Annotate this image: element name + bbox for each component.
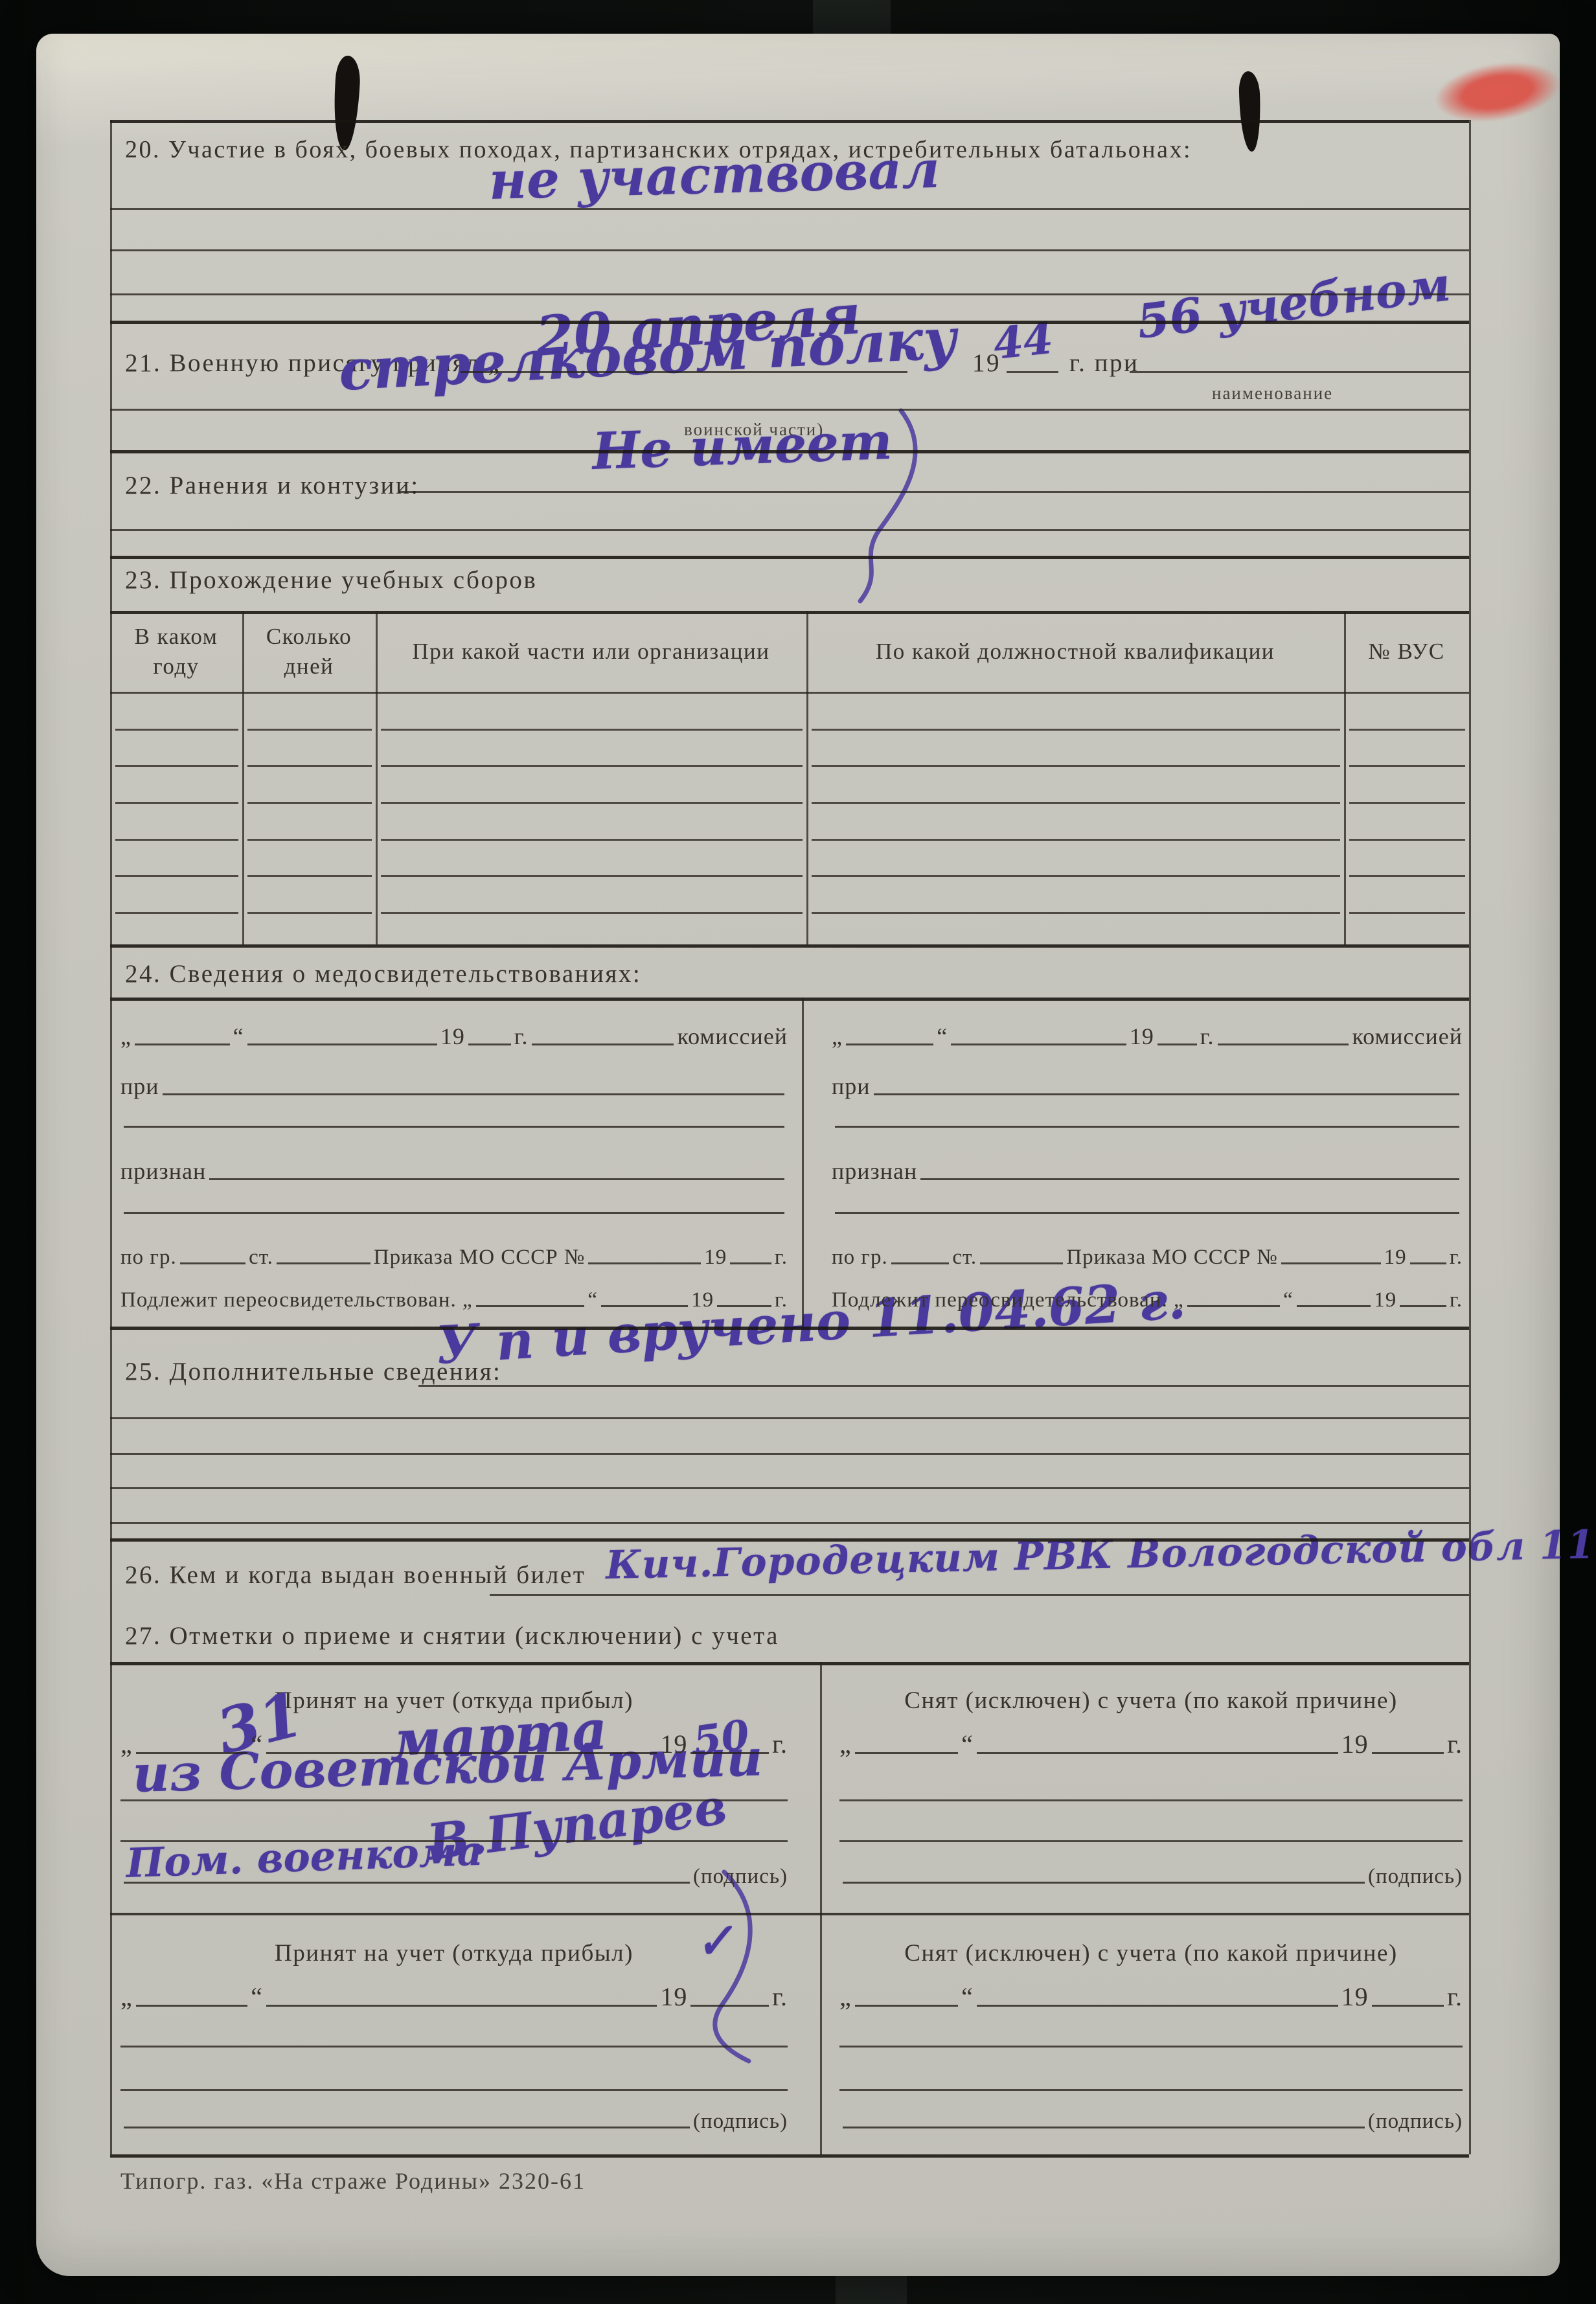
fill-in-blank-line [468, 1044, 511, 1045]
form-fill-row: (подпись) [120, 2101, 788, 2133]
fill-in-blank-line [209, 1178, 784, 1180]
form-printed-text: 19 [440, 1024, 465, 1050]
form-printed-text: Приказа МО СССР № [374, 1246, 586, 1269]
table23-header-qualification: По какой должностной квалификации [806, 611, 1344, 692]
ruled-line [110, 1487, 1469, 1489]
field-21-year-suffix: г. при [1069, 349, 1139, 378]
fill-in-blank-line [1297, 1305, 1371, 1307]
print-shop-imprint: Типогр. газ. «На страже Родины» 2320-61 [120, 2167, 586, 2195]
ruled-line [110, 556, 1469, 559]
ruled-line [110, 529, 1469, 531]
table-cell-line [115, 729, 238, 731]
table-cell-line [115, 912, 238, 914]
table-cell-line [115, 802, 238, 804]
field-20-handwriting: не участвовал [488, 139, 940, 211]
ruled-line [399, 491, 1469, 493]
table-cell-line [812, 802, 1340, 804]
ruled-line [110, 1522, 1469, 1524]
fill-in-blank-line [690, 2005, 769, 2007]
fill-in-blank-line [920, 1178, 1459, 1180]
form-fill-row: по гр.ст.Приказа МО СССР №19г. [120, 1237, 788, 1269]
fill-in-blank-line [135, 1044, 230, 1045]
form-fill-row [120, 1100, 788, 1132]
form-fill-row: признан [120, 1152, 788, 1185]
table-cell-line [247, 729, 372, 731]
ruled-line [110, 1913, 1469, 1915]
table-cell-line [247, 765, 372, 767]
form-printed-text: г. [1450, 1246, 1463, 1269]
form-printed-text: г. [1450, 1288, 1463, 1312]
table23-header-vus: № ВУС [1344, 611, 1469, 692]
vertical-border-line [1344, 611, 1346, 944]
ruled-line [110, 1327, 1469, 1330]
table27-remove-header-2: Снят (исключен) с учета (по какой причин… [839, 1939, 1463, 1967]
form-printed-text: комиссией [1352, 1024, 1463, 1050]
vertical-border-line [806, 611, 808, 944]
ruled-line [110, 1538, 1469, 1542]
form-printed-text: “ [961, 1730, 974, 1759]
form-printed-text: Приказа МО СССР № [1066, 1246, 1278, 1269]
fill-in-blank-line [532, 1044, 674, 1045]
ruled-line [461, 371, 907, 373]
table-cell-line [1349, 875, 1465, 877]
form-printed-text: при [832, 1074, 871, 1100]
form-fill-row: „“19г. [839, 1726, 1463, 1759]
fill-in-blank-line [1157, 1044, 1197, 1045]
form-printed-text: “ [1283, 1288, 1294, 1312]
form-printed-text: признан [120, 1159, 206, 1185]
form-printed-text: “ [251, 1730, 263, 1759]
table-cell-line [381, 765, 803, 767]
form-fill-row: „“19г. [839, 1979, 1463, 2011]
ruled-line [120, 1799, 788, 1801]
fill-in-blank-line [690, 1752, 769, 1754]
table-cell-line [812, 765, 1340, 767]
form-printed-text: 19 [1374, 1288, 1396, 1312]
fill-in-blank-line [951, 1044, 1126, 1045]
fill-in-blank-line [601, 1305, 688, 1307]
form-printed-text: 19 [1341, 1983, 1369, 2011]
ruled-line [839, 1799, 1463, 1801]
ruled-line [110, 1453, 1469, 1455]
form-fill-row: при [120, 1067, 788, 1100]
fill-in-blank-line [180, 1262, 245, 1264]
form-fill-row [832, 1100, 1463, 1132]
form-printed-text: г. [514, 1024, 529, 1050]
ruled-line [120, 2089, 788, 2091]
form-printed-text: 19 [704, 1246, 727, 1269]
photo-background: 20. Участие в боях, боевых походах, парт… [0, 0, 1596, 2304]
fill-in-blank-line [980, 1262, 1063, 1264]
ruled-line [110, 409, 1469, 411]
form-printed-text: признан [832, 1159, 917, 1185]
fill-in-blank-line [717, 1305, 771, 1307]
form-printed-text: г. [772, 1983, 788, 2011]
table27-accept-header-2: Принят на учет (откуда прибыл) [120, 1939, 788, 1967]
fill-in-blank-line [977, 2005, 1338, 2007]
form-fill-row: Подлежит переосвидетельствован. „“19г. [120, 1279, 788, 1312]
field-26-handwriting: Кич.Городецким РВК Вологодской обл 11 ап… [606, 1516, 1596, 1588]
table-cell-line [381, 912, 803, 914]
field-26-label: 26. Кем и когда выдан военный билет [125, 1561, 586, 1590]
form-fill-row: (подпись) [839, 2101, 1463, 2133]
ruled-line [110, 1662, 1469, 1665]
table-cell-line [247, 839, 372, 841]
form-printed-text: “ [251, 1983, 263, 2011]
ruled-line [110, 1417, 1469, 1419]
form-fill-row: признан [832, 1152, 1463, 1185]
form-printed-text: г. [775, 1288, 788, 1312]
form-printed-text: „ [120, 1983, 133, 2011]
table-cell-line [812, 729, 1340, 731]
fill-in-blank-line [1400, 1305, 1446, 1307]
table-cell-line [812, 875, 1340, 877]
fill-in-blank-line [124, 1126, 784, 1128]
table-cell-line [247, 912, 372, 914]
form-printed-text: 19 [660, 1730, 687, 1759]
form-printed-text: по гр. [832, 1246, 888, 1269]
field-21-unit-handwriting: 56 учебном [1134, 256, 1453, 349]
ruled-line [839, 1840, 1463, 1842]
form-fill-row: (подпись) [839, 1856, 1463, 1888]
table23-header-days: Сколько дней [242, 611, 376, 692]
fill-in-blank-line [124, 1882, 690, 1884]
ink-blot [1238, 71, 1262, 152]
form-fill-row: „“19г.комиссией [832, 1018, 1463, 1050]
form-printed-text: г. [1200, 1024, 1214, 1050]
field-27-title: 27. Отметки о приеме и снятии (исключени… [125, 1622, 779, 1651]
table23-header-unit: При какой части или организации [376, 611, 806, 692]
background-band [836, 2276, 907, 2304]
table-cell-line [381, 875, 803, 877]
vertical-border-line [242, 611, 244, 944]
form-fill-row: (подпись) [120, 1856, 788, 1888]
fill-in-blank-line [846, 1044, 933, 1045]
fill-in-blank-line [124, 1212, 784, 1214]
field-24-title: 24. Сведения о медосвидетельствованиях: [125, 960, 641, 989]
table-cell-line [115, 875, 238, 877]
form-printed-text: „ [120, 1730, 133, 1759]
form-fill-row [832, 1186, 1463, 1218]
form-printed-text: Подлежит переосвидетельствован. „ [832, 1288, 1184, 1312]
fill-in-blank-line [891, 1262, 950, 1264]
fill-in-blank-line [835, 1212, 1459, 1214]
field-23-title: 23. Прохождение учебных сборов [125, 566, 537, 595]
fill-in-blank-line [1410, 1262, 1446, 1264]
vertical-border-line [802, 998, 804, 1327]
field-22-label: 22. Ранения и контузии: [125, 472, 420, 501]
table-cell-line [1349, 839, 1465, 841]
fill-in-blank-line [266, 1752, 657, 1754]
form-printed-text: г. [775, 1246, 788, 1269]
form-printed-text: г. [1447, 1730, 1463, 1759]
form-printed-text: при [120, 1074, 159, 1100]
fill-in-blank-line [843, 1882, 1365, 1884]
table-cell-line [381, 839, 803, 841]
fill-in-blank-line [476, 1305, 585, 1307]
form-printed-text: (подпись) [693, 1865, 788, 1888]
ruled-line [490, 1594, 1469, 1596]
ruled-line [120, 2046, 788, 2047]
form-printed-text: Подлежит переосвидетельствован. „ [120, 1288, 473, 1312]
ruled-line [110, 120, 1469, 123]
form-fill-row: по гр.ст.Приказа МО СССР №19г. [832, 1237, 1463, 1269]
vertical-border-line [820, 1662, 822, 2154]
ruled-line [839, 2089, 1463, 2091]
form-printed-text: „ [839, 1983, 852, 2011]
ruled-line [1130, 371, 1469, 373]
table-cell-line [115, 765, 238, 767]
fill-in-blank-line [247, 1044, 437, 1045]
ruled-line [1007, 371, 1058, 373]
form-fill-row: „“19г.комиссией [120, 1018, 788, 1050]
form-printed-text: (подпись) [1368, 1865, 1463, 1888]
table23-header-year: В каком году [110, 611, 242, 692]
form-printed-text: ст. [952, 1246, 977, 1269]
form-printed-text: 19 [1341, 1730, 1369, 1759]
fill-in-blank-line [136, 2005, 247, 2007]
fill-in-blank-line [1372, 1752, 1444, 1754]
fill-in-blank-line [874, 1093, 1459, 1095]
checkmark-handwriting: ✓ [692, 1912, 736, 1970]
ruled-line [110, 293, 1469, 295]
form-printed-text: 19 [1384, 1246, 1407, 1269]
ruled-line [110, 321, 1469, 324]
fill-in-blank-line [855, 2005, 958, 2007]
document-paper: 20. Участие в боях, боевых походах, парт… [36, 34, 1560, 2276]
form-printed-text: 19 [660, 1983, 687, 2011]
vertical-border-line [110, 120, 112, 2154]
fill-in-blank-line [977, 1752, 1338, 1754]
table-cell-line [1349, 802, 1465, 804]
table-cell-line [1349, 729, 1465, 731]
form-printed-text: „ [839, 1730, 852, 1759]
table-cell-line [115, 839, 238, 841]
table-cell-line [812, 839, 1340, 841]
ruled-line [110, 2154, 1469, 2158]
table-cell-line [381, 802, 803, 804]
form-fill-row: при [832, 1067, 1463, 1100]
table-cell-line [812, 912, 1340, 914]
fill-in-blank-line [843, 2127, 1365, 2128]
form-printed-text: ст. [249, 1246, 273, 1269]
background-band [813, 0, 891, 34]
fill-in-blank-line [588, 1262, 701, 1264]
ruled-line [110, 944, 1469, 948]
fill-in-blank-line [277, 1262, 370, 1264]
ruled-line [418, 1385, 1469, 1387]
form-printed-text: 19 [1130, 1024, 1154, 1050]
fill-in-blank-line [124, 2127, 690, 2128]
form-fill-row: Подлежит переосвидетельствован. „“19г. [832, 1279, 1463, 1312]
table-cell-line [1349, 912, 1465, 914]
form-fill-row: „“19г. [120, 1979, 788, 2011]
form-printed-text: “ [587, 1288, 598, 1312]
form-printed-text: комиссией [677, 1024, 788, 1050]
red-ink-smudge [1430, 54, 1564, 130]
form-printed-text: (подпись) [693, 2110, 788, 2133]
form-printed-text: г. [772, 1730, 788, 1759]
table-cell-line [381, 729, 803, 731]
fill-in-blank-line [1372, 2005, 1444, 2007]
table27-remove-header-1: Снят (исключен) с учета (по какой причин… [839, 1687, 1463, 1715]
form-printed-text: г. [1447, 1983, 1463, 2011]
fill-in-blank-line [835, 1126, 1459, 1128]
form-fill-row [120, 1186, 788, 1218]
form-printed-text: „ [120, 1024, 131, 1050]
form-fill-row: „“19г. [120, 1726, 788, 1759]
ruled-line [110, 450, 1469, 453]
ruled-line [110, 692, 1469, 694]
ruled-line [110, 249, 1469, 251]
form-printed-text: “ [937, 1024, 948, 1050]
ruled-line [839, 2046, 1463, 2047]
vertical-border-line [1469, 120, 1471, 2154]
form-printed-text: „ [832, 1024, 843, 1050]
table-cell-line [247, 875, 372, 877]
table-cell-line [1349, 765, 1465, 767]
ruled-line [110, 208, 1469, 210]
vertical-border-line [376, 611, 378, 944]
form-printed-text: по гр. [120, 1246, 177, 1269]
form-printed-text: (подпись) [1368, 2110, 1463, 2133]
fill-in-blank-line [855, 1752, 958, 1754]
form-printed-text: 19 [691, 1288, 714, 1312]
ruled-line [120, 1840, 788, 1842]
fill-in-blank-line [1187, 1305, 1280, 1307]
fill-in-blank-line [1281, 1262, 1381, 1264]
fill-in-blank-line [136, 1752, 247, 1754]
fill-in-blank-line [266, 2005, 657, 2007]
form-printed-text: “ [961, 1983, 974, 2011]
ruled-line [110, 998, 1469, 1001]
fill-in-blank-line [1218, 1044, 1349, 1045]
ruled-line [110, 611, 1469, 614]
field-22-handwriting: Не имеет [591, 412, 893, 481]
form-printed-text: “ [233, 1024, 244, 1050]
fill-in-blank-line [730, 1262, 771, 1264]
table-cell-line [247, 802, 372, 804]
field-21-hint-name: наименование [1212, 383, 1333, 404]
fill-in-blank-line [163, 1093, 784, 1095]
